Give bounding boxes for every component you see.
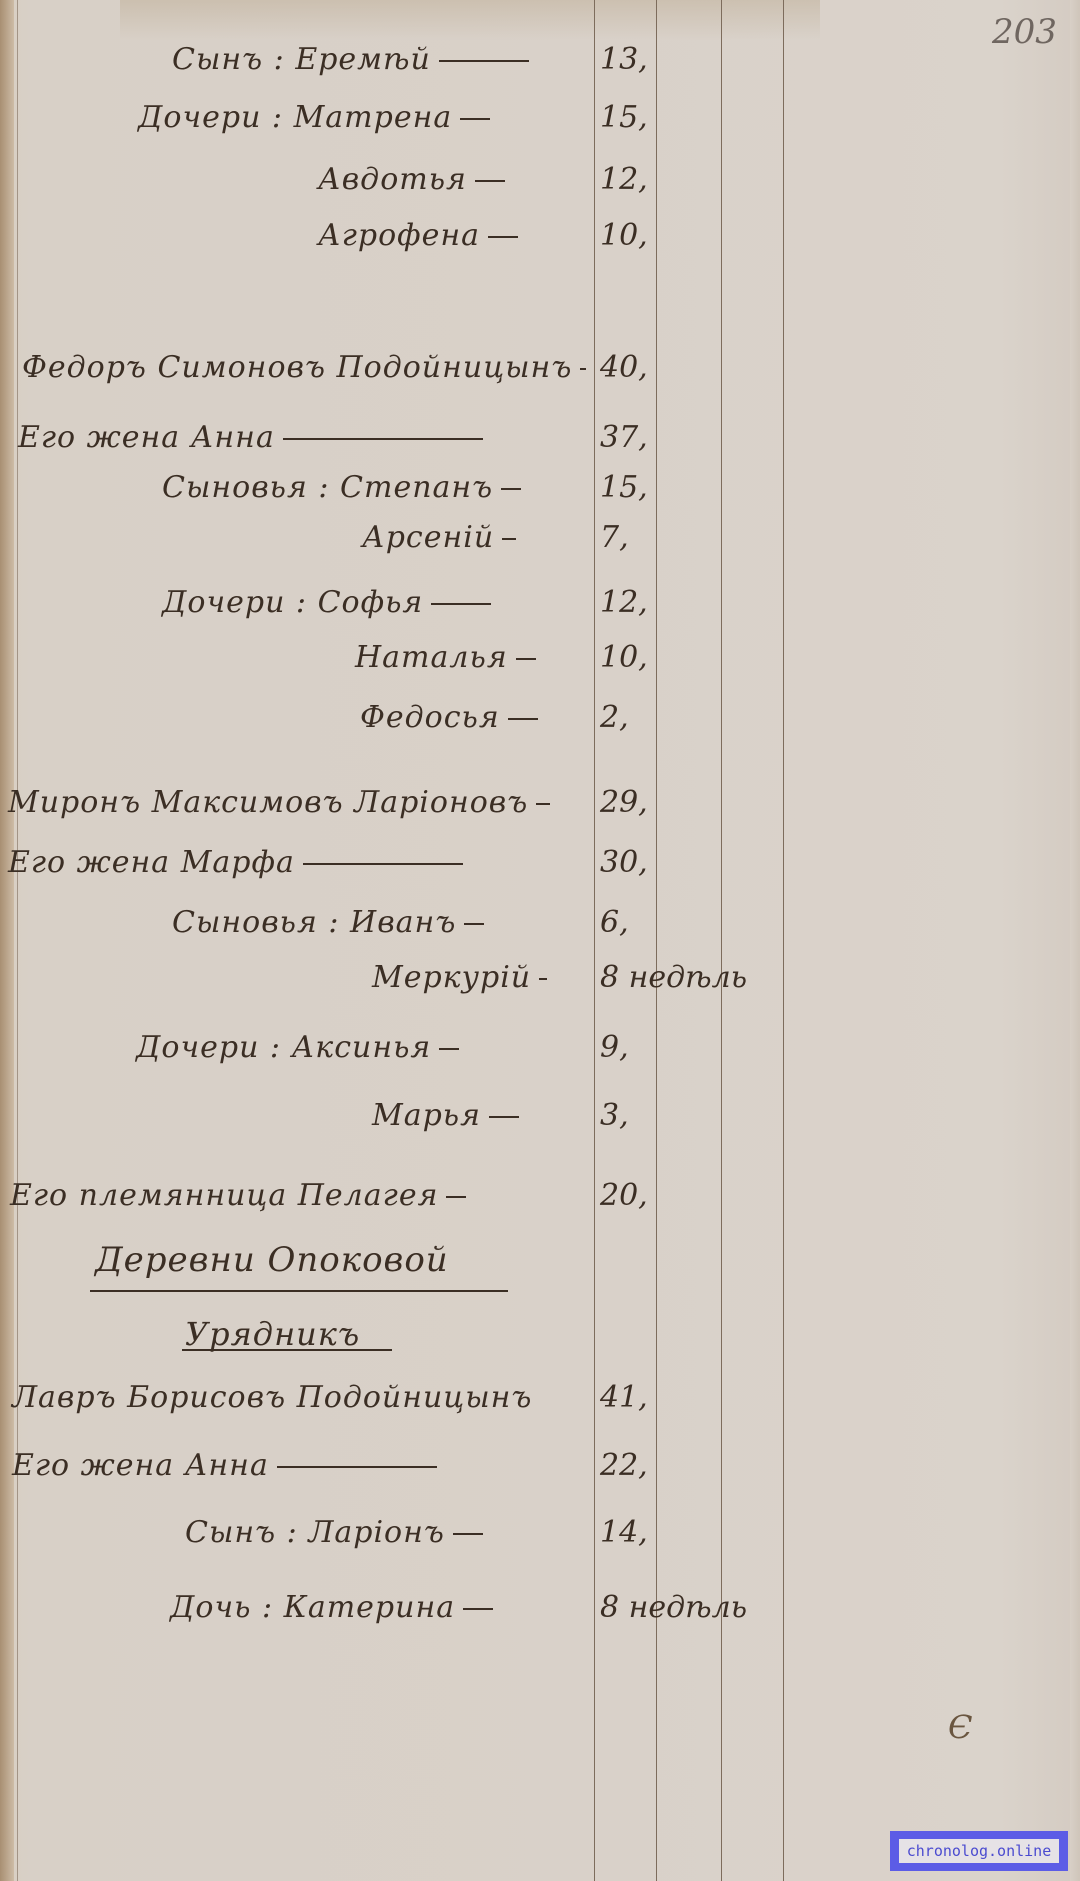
entry-age: 3,: [600, 1098, 629, 1133]
entry-name: Дочери : Аксинья: [136, 1030, 459, 1065]
book-binding-edge: [0, 0, 14, 1881]
entry-label: Наталья: [355, 640, 508, 675]
entry-name: Его жена Марфа: [8, 845, 463, 880]
entry-label: Сынъ : Еремѣй: [172, 42, 431, 77]
entry-age: 10,: [600, 218, 648, 253]
entry-name: Федоръ Симоновъ Подойницынъ: [22, 350, 586, 385]
section-heading-village: Деревни Опоковой: [95, 1240, 449, 1280]
entry-name: Дочери : Софья: [162, 585, 491, 620]
entry-age: 7,: [600, 520, 629, 555]
section-heading-role: Урядникъ: [185, 1315, 360, 1353]
entry-dash: [460, 118, 490, 120]
entry-dash: [475, 180, 505, 182]
entry-dash: [431, 603, 491, 605]
entry-name: Арсеній: [362, 520, 516, 555]
entry-label: Арсеній: [362, 520, 494, 555]
watermark-badge[interactable]: chronolog.online: [890, 1831, 1068, 1871]
heading-underline-2: [182, 1349, 392, 1351]
corner-mark: Є: [948, 1708, 972, 1746]
entry-dash: [501, 488, 521, 490]
entry-age: 8 недѣль: [600, 1590, 747, 1625]
page-number: 203: [992, 12, 1057, 52]
watermark-text: chronolog.online: [899, 1839, 1059, 1863]
paper-stain: [120, 0, 820, 40]
entry-name: Меркурій: [372, 960, 547, 995]
entry-name: Сыновья : Иванъ: [172, 905, 484, 940]
entry-dash: [502, 538, 516, 540]
entry-dash: [439, 1048, 459, 1050]
entry-label: Сыновья : Иванъ: [172, 905, 456, 940]
entry-age: 15,: [600, 470, 648, 505]
entry-age: 30,: [600, 845, 648, 880]
entry-label: Дочери : Аксинья: [136, 1030, 431, 1065]
entry-age: 37,: [600, 420, 648, 455]
entry-age: 22,: [600, 1448, 648, 1483]
entry-dash: [439, 60, 529, 62]
entry-label: Его жена Анна: [18, 420, 275, 455]
entry-age: 13,: [600, 42, 648, 77]
entry-dash: [508, 718, 538, 720]
entry-name: Дочери : Матрена: [138, 100, 490, 135]
entry-name: Сынъ : Еремѣй: [172, 42, 529, 77]
left-margin-line: [17, 0, 18, 1881]
entry-label: Дочери : Матрена: [138, 100, 452, 135]
entry-dash: [303, 863, 463, 865]
entry-age: 6,: [600, 905, 629, 940]
page-right-edge: [1070, 0, 1080, 1881]
entry-label: Марья: [372, 1098, 481, 1133]
entry-dash: [283, 438, 483, 440]
entry-name: Его жена Анна: [18, 420, 483, 455]
entry-dash: [463, 1608, 493, 1610]
entry-age: 15,: [600, 100, 648, 135]
entry-name: Его племянница Пелагея: [10, 1178, 466, 1213]
entry-dash: [536, 803, 550, 805]
entry-label: Миронъ Максимовъ Ларіоновъ: [8, 785, 528, 820]
entry-label: Авдотья: [318, 162, 467, 197]
entry-age: 20,: [600, 1178, 648, 1213]
entry-age: 8 недѣль: [600, 960, 747, 995]
entry-dash: [516, 658, 536, 660]
entry-dash: [539, 978, 547, 980]
entry-age: 10,: [600, 640, 648, 675]
entry-name: Сынъ : Ларіонъ: [185, 1515, 483, 1550]
entry-name: Федосья: [360, 700, 538, 735]
entry-dash: [488, 236, 518, 238]
entry-age: 40,: [600, 350, 648, 385]
entry-label: Его жена Анна: [12, 1448, 269, 1483]
entry-age: 12,: [600, 162, 648, 197]
entry-dash: [464, 923, 484, 925]
entry-dash: [489, 1116, 519, 1118]
entry-name: Миронъ Максимовъ Ларіоновъ: [8, 785, 550, 820]
entry-label: Его жена Марфа: [8, 845, 295, 880]
entry-label: Сынъ : Ларіонъ: [185, 1515, 445, 1550]
column-divider-1: [594, 0, 595, 1881]
entry-age: 2,: [600, 700, 629, 735]
entry-name: Лавръ Борисовъ Подойницынъ: [12, 1380, 532, 1415]
column-divider-4: [783, 0, 784, 1881]
entry-name: Наталья: [355, 640, 536, 675]
entry-name: Марья: [372, 1098, 519, 1133]
entry-label: Лавръ Борисовъ Подойницынъ: [12, 1380, 532, 1415]
entry-name: Дочь : Катерина: [170, 1590, 493, 1625]
entry-label: Сыновья : Степанъ: [162, 470, 493, 505]
entry-name: Агрофена: [318, 218, 518, 253]
entry-dash: [277, 1466, 437, 1468]
entry-age: 12,: [600, 585, 648, 620]
entry-dash: [580, 368, 586, 370]
entry-label: Федоръ Симоновъ Подойницынъ: [22, 350, 572, 385]
heading-underline-1: [90, 1290, 508, 1292]
entry-label: Агрофена: [318, 218, 480, 253]
entry-age: 9,: [600, 1030, 629, 1065]
entry-age: 41,: [600, 1380, 648, 1415]
entry-dash: [453, 1533, 483, 1535]
entry-label: Его племянница Пелагея: [10, 1178, 438, 1213]
entry-label: Дочери : Софья: [162, 585, 423, 620]
entry-name: Авдотья: [318, 162, 505, 197]
entry-label: Дочь : Катерина: [170, 1590, 455, 1625]
entry-age: 29,: [600, 785, 648, 820]
entry-label: Федосья: [360, 700, 500, 735]
entry-dash: [446, 1196, 466, 1198]
entry-label: Меркурій: [372, 960, 531, 995]
entry-age: 14,: [600, 1515, 648, 1550]
entry-name: Сыновья : Степанъ: [162, 470, 521, 505]
entry-name: Его жена Анна: [12, 1448, 437, 1483]
